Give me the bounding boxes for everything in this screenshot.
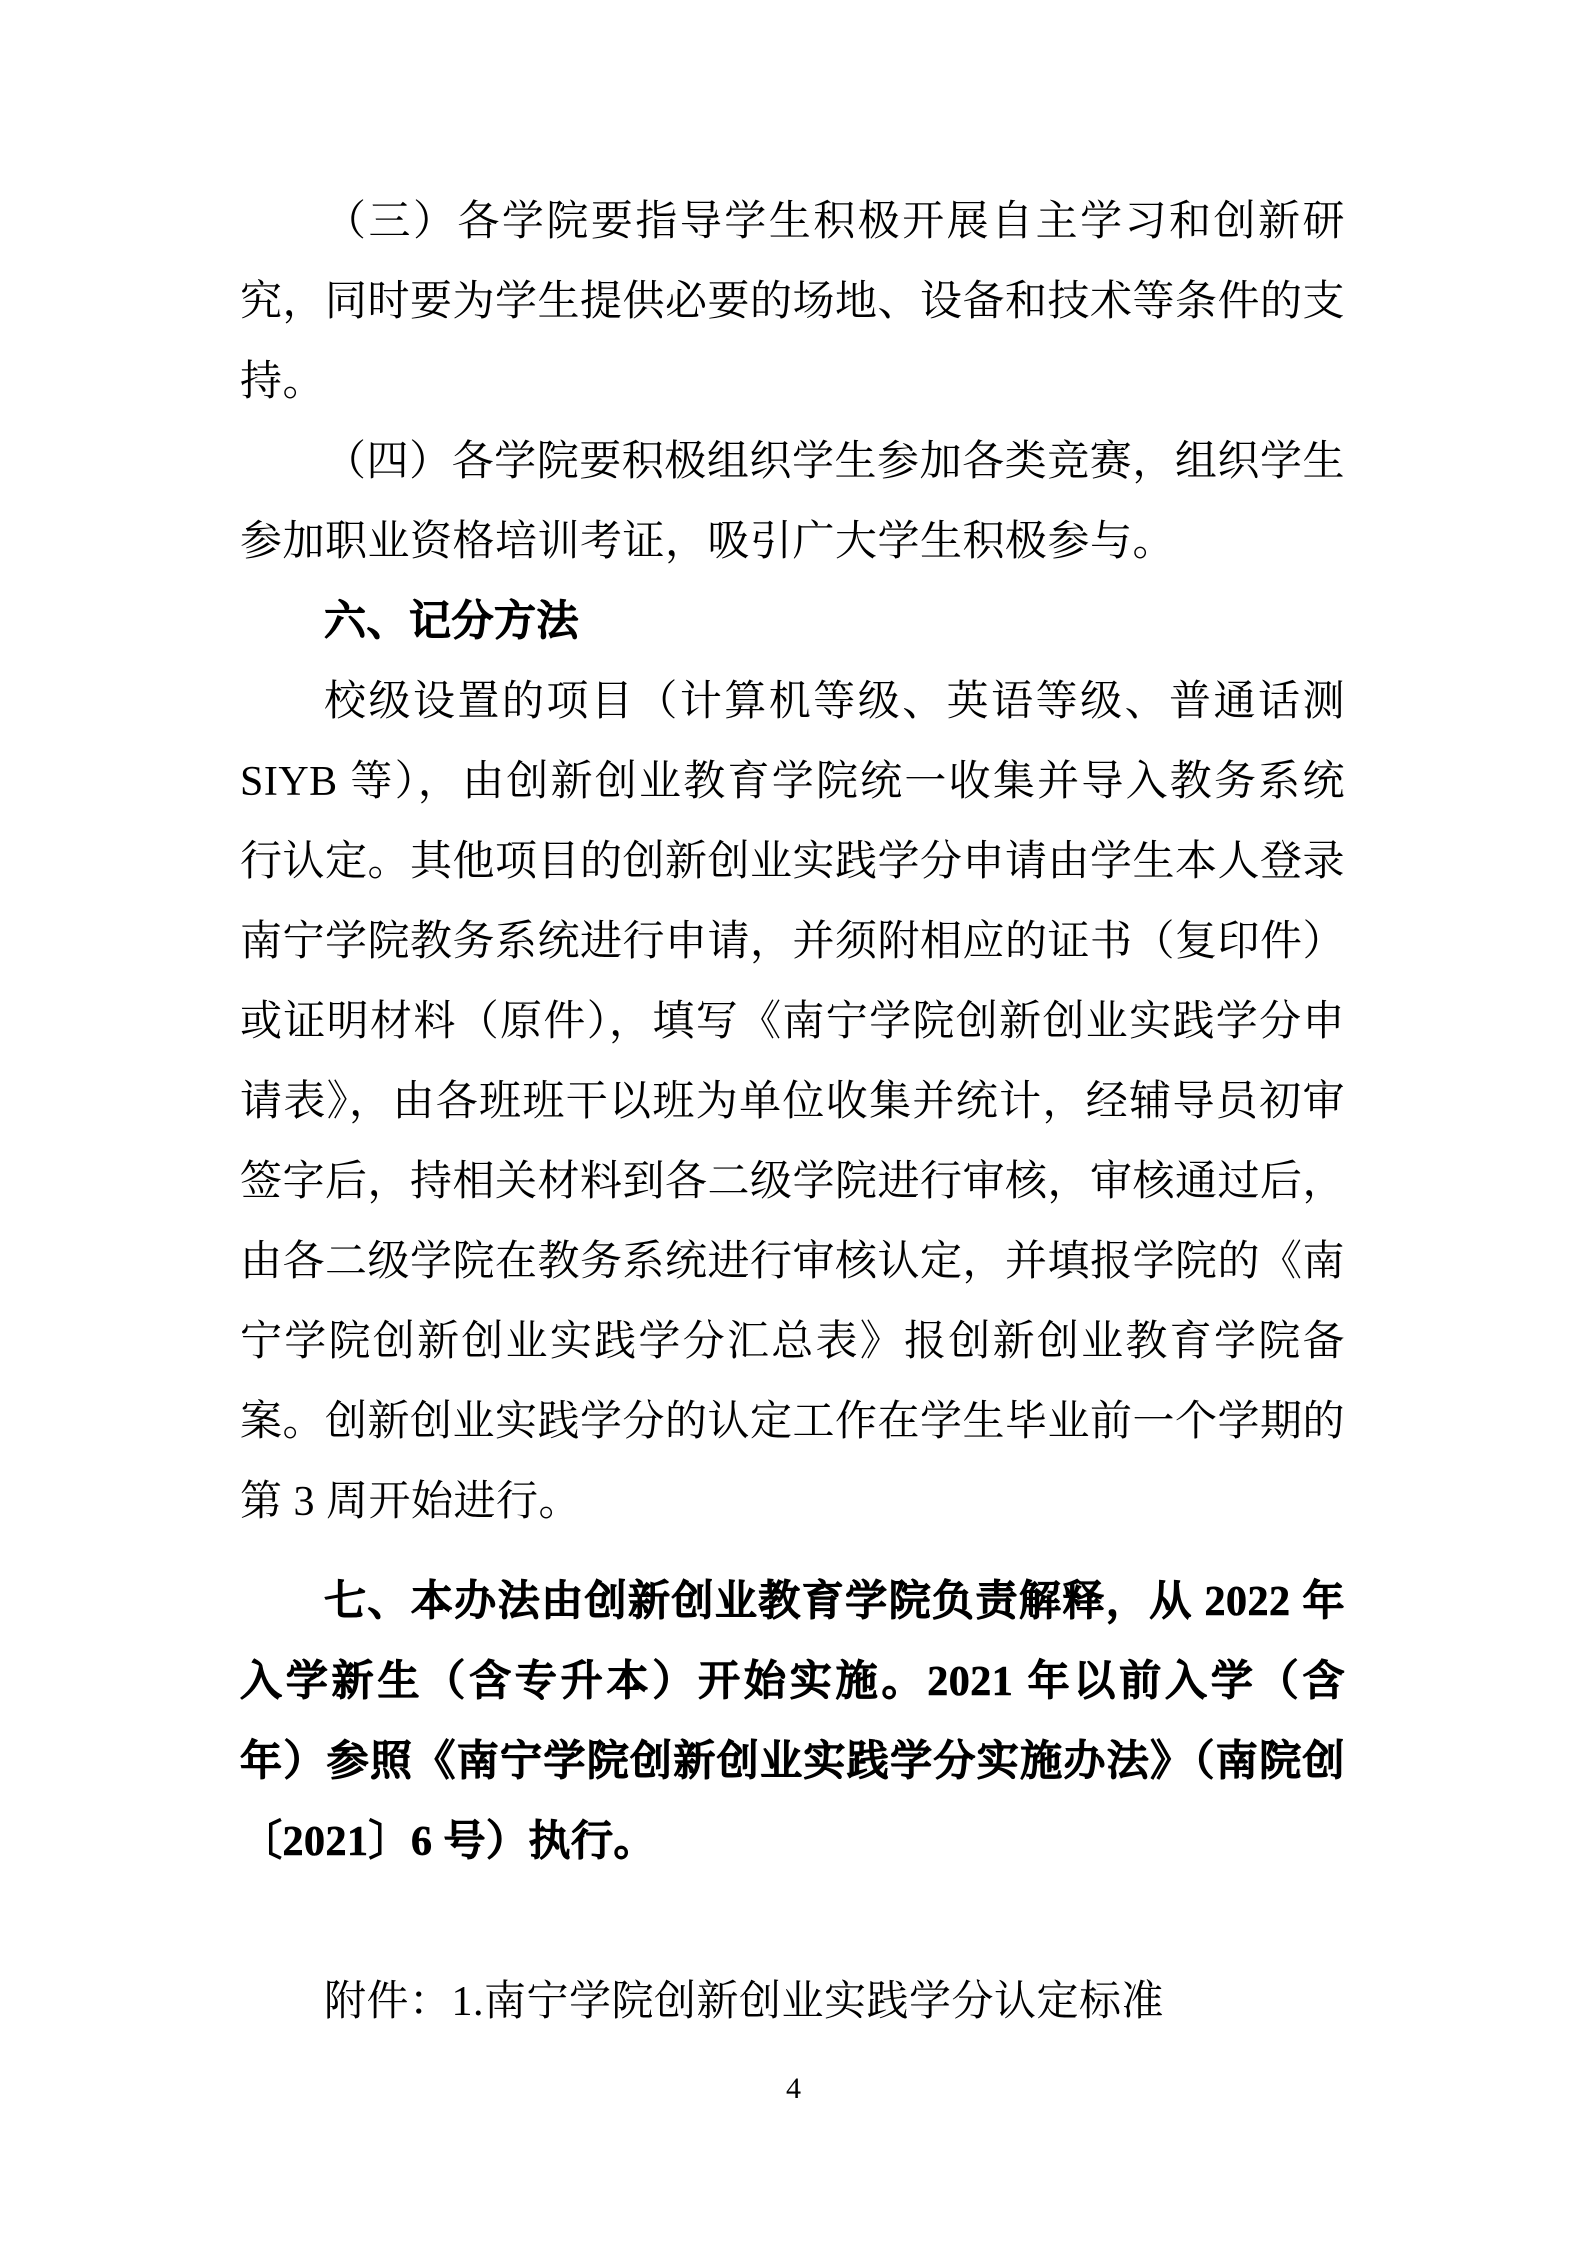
- document-line: 南宁学院教务系统进行申请，并须附相应的证书（复印件）: [240, 902, 1345, 982]
- document-content: （三）各学院要指导学生积极开展自主学习和创新研究，同时要为学生提供必要的场地、设…: [240, 182, 1345, 2042]
- document-line: （四）各学院要积极组织学生参加各类竞赛，组织学生: [240, 422, 1345, 502]
- document-line: 校级设置的项目（计算机等级、英语等级、普通话测试、: [240, 662, 1345, 742]
- document-page: （三）各学院要指导学生积极开展自主学习和创新研究，同时要为学生提供必要的场地、设…: [0, 0, 1587, 2245]
- document-line: （三）各学院要指导学生积极开展自主学习和创新研: [240, 182, 1345, 262]
- document-line: 第 3 周开始进行。: [240, 1462, 1345, 1542]
- document-line: 行认定。其他项目的创新创业实践学分申请由学生本人登录: [240, 822, 1345, 902]
- document-line: 入学新生（含专升本）开始实施。2021 年以前入学（含 2021: [240, 1642, 1345, 1722]
- document-line: 持。: [240, 342, 1345, 422]
- document-line: 签字后，持相关材料到各二级学院进行审核，审核通过后，: [240, 1142, 1345, 1222]
- document-line: 附件：1.南宁学院创新创业实践学分认定标准: [240, 1962, 1345, 2042]
- paragraph-body: （四）各学院要积极组织学生参加各类竞赛，组织学生参加职业资格培训考证，吸引广大学…: [240, 422, 1345, 582]
- document-line: 年）参照《南宁学院创新创业实践学分实施办法》（南院创: [240, 1722, 1345, 1802]
- document-line: SIYB 等），由创新创业教育学院统一收集并导入教务系统进: [240, 742, 1345, 822]
- paragraph-heading: 六、记分方法: [240, 582, 1345, 662]
- document-line: 案。创新创业实践学分的认定工作在学生毕业前一个学期的: [240, 1382, 1345, 1462]
- document-line: 七、本办法由创新创业教育学院负责解释，从 2022 年: [240, 1562, 1345, 1642]
- document-line: 或证明材料（原件），填写《南宁学院创新创业实践学分申: [240, 982, 1345, 1062]
- page-number: 4: [0, 2072, 1587, 2106]
- paragraph-body: （三）各学院要指导学生积极开展自主学习和创新研究，同时要为学生提供必要的场地、设…: [240, 182, 1345, 422]
- document-line: 六、记分方法: [240, 582, 1345, 662]
- document-line: 究，同时要为学生提供必要的场地、设备和技术等条件的支: [240, 262, 1345, 342]
- paragraph-attachment: 附件：1.南宁学院创新创业实践学分认定标准: [240, 1962, 1345, 2042]
- document-line: 参加职业资格培训考证，吸引广大学生积极参与。: [240, 502, 1345, 582]
- document-line: 宁学院创新创业实践学分汇总表》报创新创业教育学院备: [240, 1302, 1345, 1382]
- document-line: 由各二级学院在教务系统进行审核认定，并填报学院的《南: [240, 1222, 1345, 1302]
- document-line: 〔2021〕6 号）执行。: [240, 1802, 1345, 1882]
- document-line: 请表》，由各班班干以班为单位收集并统计，经辅导员初审: [240, 1062, 1345, 1142]
- paragraph-body: 校级设置的项目（计算机等级、英语等级、普通话测试、SIYB 等），由创新创业教育…: [240, 662, 1345, 1542]
- paragraph-body-bold: 七、本办法由创新创业教育学院负责解释，从 2022 年入学新生（含专升本）开始实…: [240, 1562, 1345, 1882]
